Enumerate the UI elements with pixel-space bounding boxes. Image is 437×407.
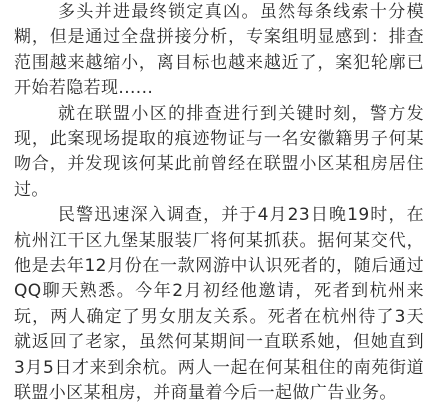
paragraph-2: 就在联盟小区的排查进行到关键时刻，警方发现，此案现场提取的痕迹物证与一名安徽籍男… — [14, 102, 424, 204]
article-body: 多头并进最终锁定真凶。虽然每条线索十分模糊，但是通过全盘拼接分析，专案组明显感到… — [14, 0, 424, 310]
paragraph-3: 民警迅速深入调查，并于4月23日晚19时，在杭州江干区九堡某服装厂将何某抓获。据… — [14, 203, 424, 310]
paragraph-1: 多头并进最终锁定真凶。虽然每条线索十分模糊，但是通过全盘拼接分析，专案组明显感到… — [14, 0, 424, 102]
